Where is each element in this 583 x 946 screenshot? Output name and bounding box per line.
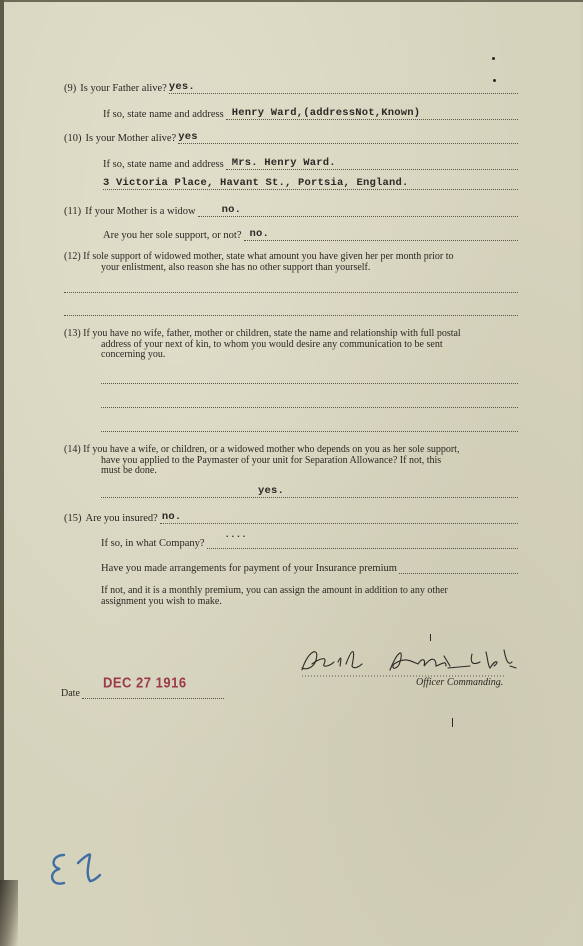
q10-sub-answer-field[interactable]: Mrs. Henry Ward. — [226, 158, 518, 170]
q9-answer-field[interactable]: yes. — [169, 82, 518, 94]
q15-row: (15) Are you insured? no. — [64, 512, 518, 524]
q14-answer-field[interactable]: yes. — [101, 486, 518, 498]
q10-sub-row: If so, state name and address Mrs. Henry… — [103, 158, 518, 170]
q10-row: (10) Is your Mother alive? yes — [64, 132, 518, 144]
q11-sub-label: Are you her sole support, or not? — [103, 230, 242, 241]
ink-mark — [452, 718, 453, 727]
q15-note-line2: assignment you wish to make. — [101, 597, 518, 608]
date-label: Date — [61, 688, 80, 699]
q13-text-line1: If you have no wife, father, mother or c… — [83, 328, 461, 339]
q10-number: (10) — [64, 133, 82, 144]
q10-answer: yes — [178, 131, 198, 143]
q15-company-label: If so, in what Company? — [101, 538, 205, 549]
q15-question: Are you insured? — [86, 513, 158, 524]
officer-signature — [294, 640, 574, 680]
q11-answer: no. — [222, 204, 242, 216]
q12-answer-line-1[interactable] — [64, 292, 518, 293]
q12-number: (12) — [64, 251, 81, 262]
officer-commanding-label: Officer Commanding. — [416, 677, 503, 688]
q12-question: (12) If sole support of widowed mother, … — [64, 252, 518, 273]
q15-note-line1: If not, and it is a monthly premium, you… — [101, 585, 448, 596]
q10-answer-field[interactable]: yes — [178, 132, 518, 144]
q14-answer-row: yes. — [101, 486, 518, 498]
q9-answer: yes. — [169, 81, 195, 93]
q15-premium-field[interactable] — [399, 562, 518, 574]
q11-sub-answer-field[interactable]: no. — [244, 229, 518, 241]
q9-sub-answer: Henry Ward,(addressNot,Known) — [232, 107, 421, 119]
q11-row: (11) If your Mother is a widow no. — [64, 205, 518, 217]
q13-answer-line-2[interactable] — [101, 407, 518, 408]
q15-note: If not, and it is a monthly premium, you… — [101, 586, 518, 607]
q9-sub-row: If so, state name and address Henry Ward… — [103, 108, 518, 120]
q9-sub-label: If so, state name and address — [103, 109, 224, 120]
q15-answer: no. — [162, 511, 182, 523]
q10-sub-answer-line2: 3 Victoria Place, Havant St., Portsia, E… — [103, 177, 409, 189]
q15-premium-row: Have you made arrangements for payment o… — [101, 562, 518, 574]
date-row: Date — [61, 687, 224, 699]
pencil-annotation-e1 — [44, 847, 114, 897]
q11-answer-field[interactable]: no. — [198, 205, 518, 217]
q15-answer-field[interactable]: no. — [160, 512, 518, 524]
q11-number: (11) — [64, 206, 81, 217]
q11-sub-answer: no. — [250, 228, 270, 240]
ink-speck — [493, 79, 496, 82]
q14-question: (14) If you have a wife, or children, or… — [64, 445, 518, 477]
q13-answer-line-3[interactable] — [101, 431, 518, 432]
q9-number: (9) — [64, 83, 76, 94]
q15-company-answer: .... — [225, 530, 247, 540]
q10-sub-label: If so, state name and address — [103, 159, 224, 170]
q14-text-line1: If you have a wife, or children, or a wi… — [83, 444, 459, 455]
q10-sub-answer-line1: Mrs. Henry Ward. — [232, 157, 336, 169]
ink-speck — [492, 57, 495, 60]
q15-company-row: If so, in what Company? .... — [101, 537, 518, 549]
q15-number: (15) — [64, 513, 82, 524]
q10-sub-answer-field-2[interactable]: 3 Victoria Place, Havant St., Portsia, E… — [103, 178, 518, 190]
q13-number: (13) — [64, 328, 81, 339]
q10-sub-row-2: 3 Victoria Place, Havant St., Portsia, E… — [103, 178, 518, 190]
q14-text-line3: must be done. — [64, 466, 518, 477]
q15-premium-label: Have you made arrangements for payment o… — [101, 563, 397, 574]
q14-number: (14) — [64, 444, 81, 455]
date-field[interactable] — [82, 687, 224, 699]
q13-text-line3: concerning you. — [64, 350, 518, 361]
q13-answer-line-1[interactable] — [101, 383, 518, 384]
q12-text-line2: your enlistment, also reason she has no … — [64, 263, 518, 274]
q11-sub-row: Are you her sole support, or not? no. — [103, 229, 518, 241]
q11-question: If your Mother is a widow — [85, 206, 196, 217]
q9-question: Is your Father alive? — [80, 83, 167, 94]
q13-question: (13) If you have no wife, father, mother… — [64, 329, 518, 361]
q9-row: (9) Is your Father alive? yes. — [64, 82, 518, 94]
q9-sub-answer-field[interactable]: Henry Ward,(addressNot,Known) — [226, 108, 518, 120]
page-corner-shadow — [0, 880, 18, 946]
q10-question: Is your Mother alive? — [86, 133, 177, 144]
q12-text-line1: If sole support of widowed mother, state… — [83, 251, 453, 262]
ink-mark — [430, 634, 431, 641]
q14-answer: yes. — [258, 485, 284, 497]
q15-company-field[interactable]: .... — [207, 537, 518, 549]
q12-answer-line-2[interactable] — [64, 315, 518, 316]
document-page: (9) Is your Father alive? yes. If so, st… — [4, 2, 581, 946]
